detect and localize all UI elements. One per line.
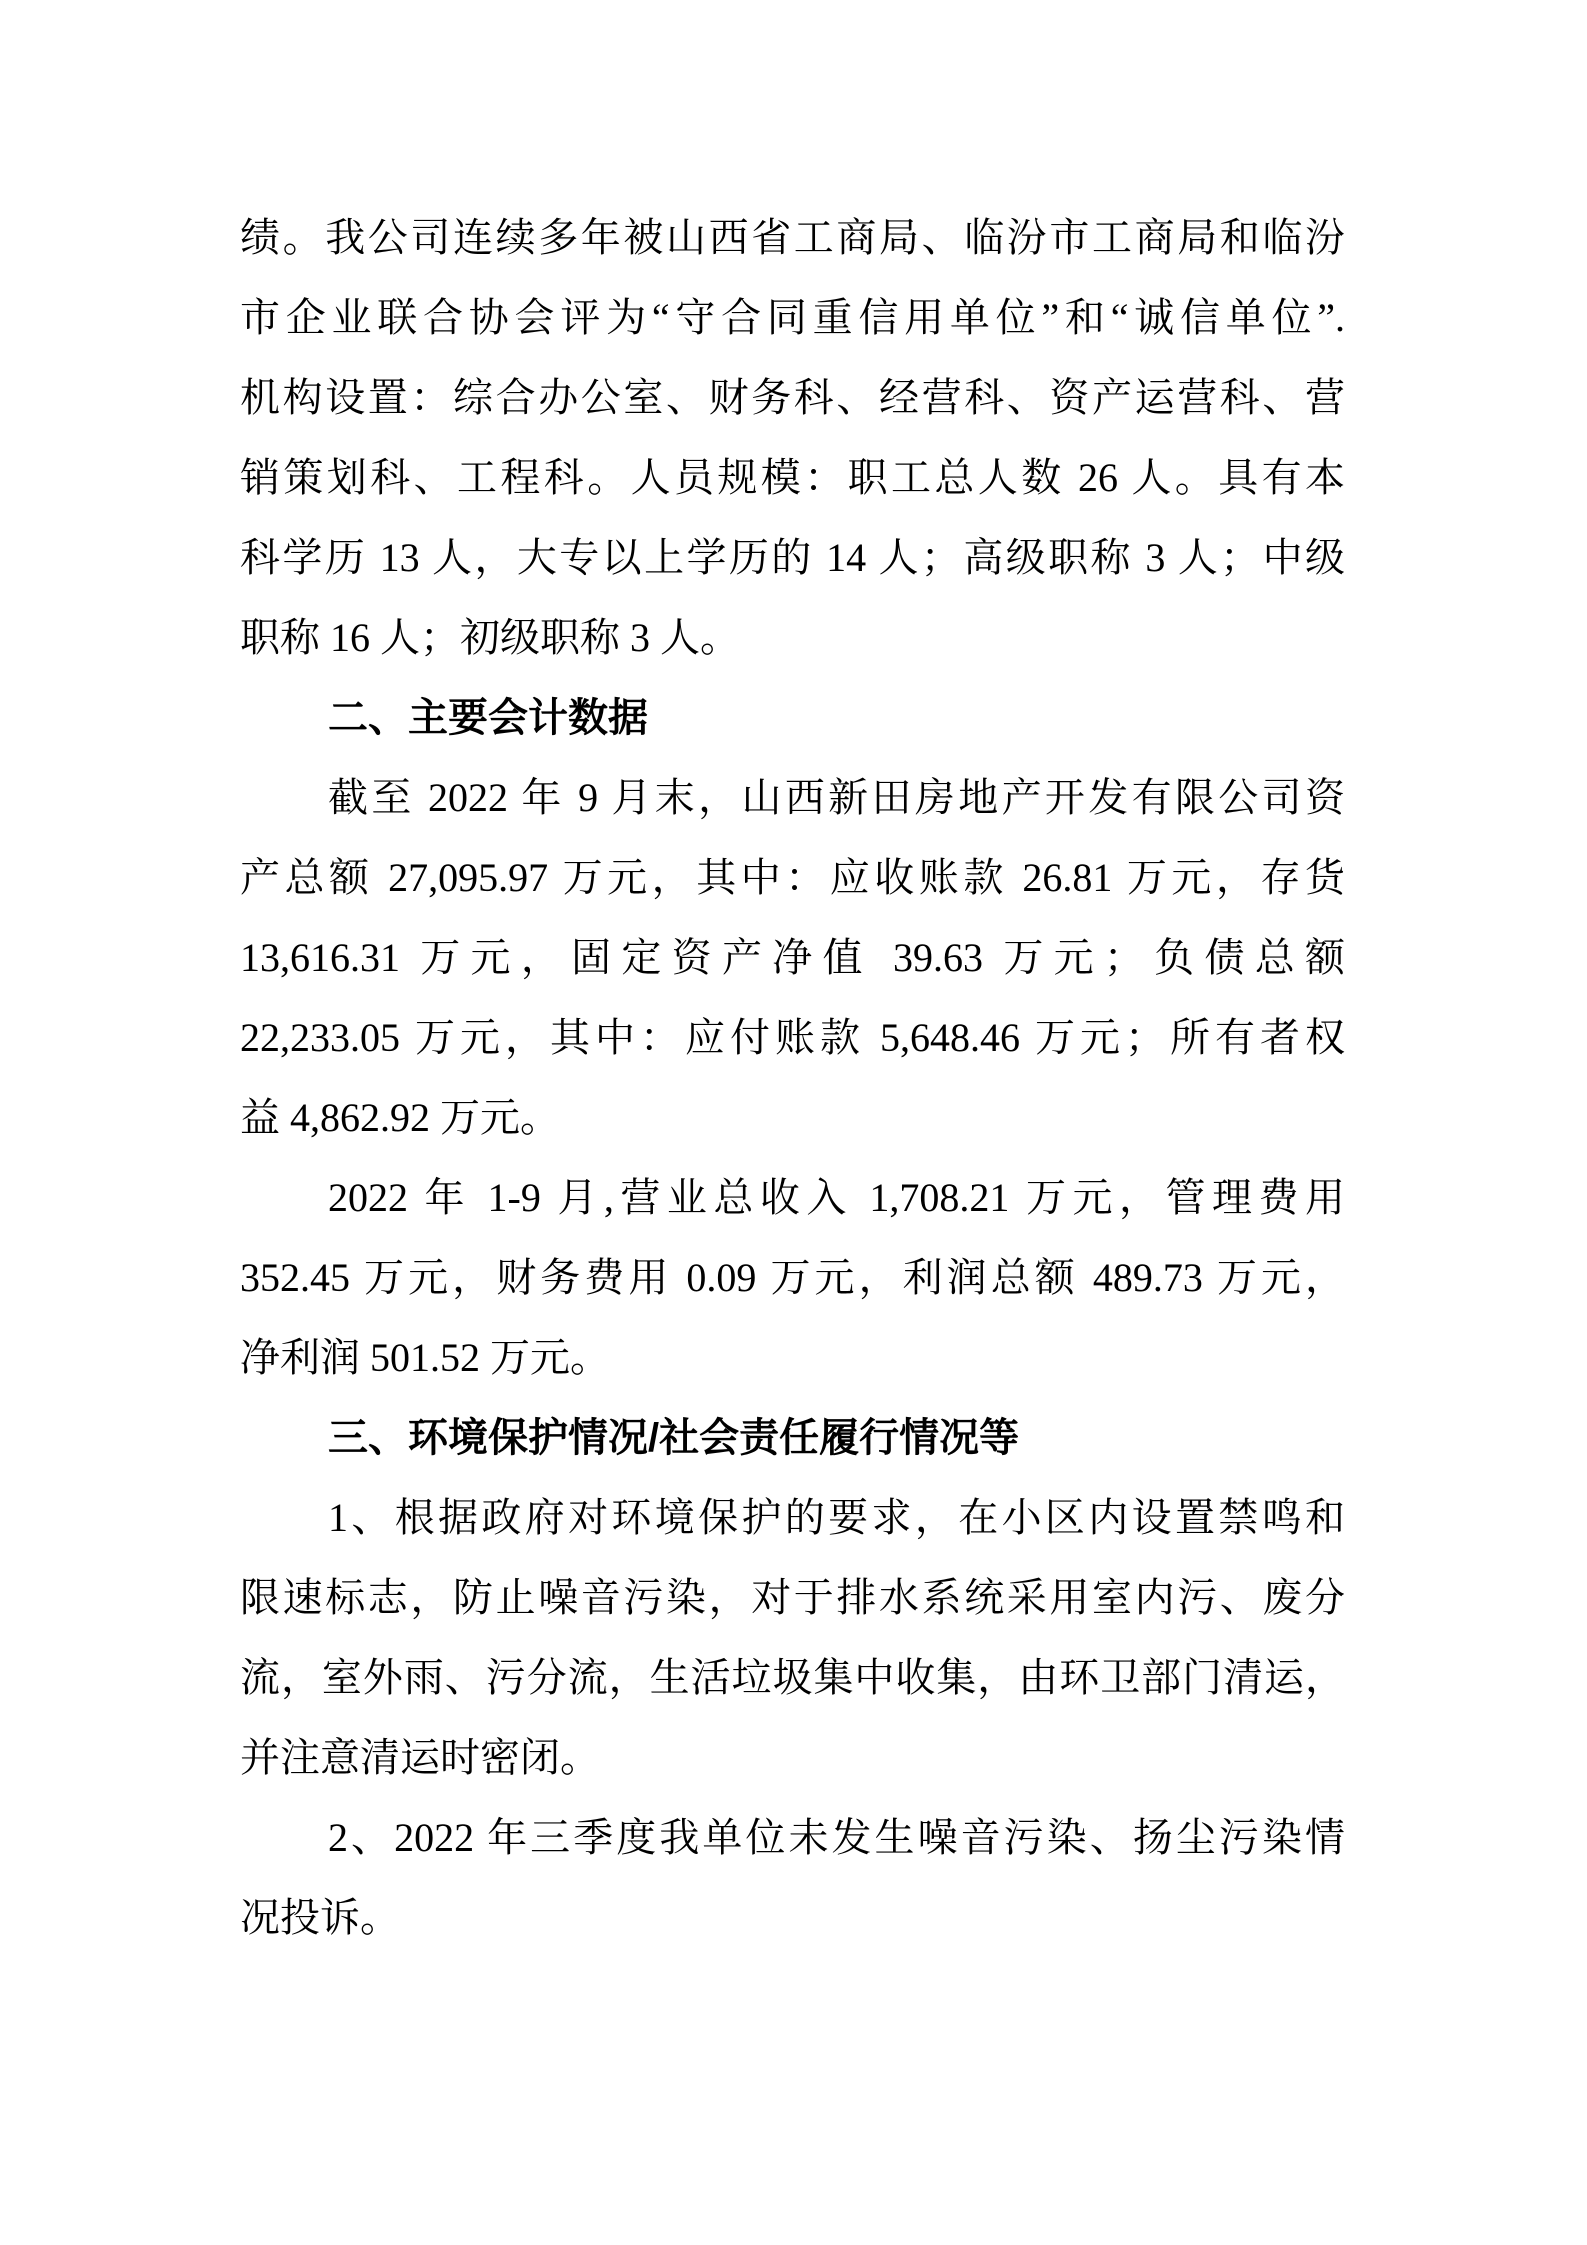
body-line: 流，室外雨、污分流，生活垃圾集中收集，由环卫部门清运，: [240, 1638, 1345, 1718]
body-line: 2、2022 年三季度我单位未发生噪音污染、扬尘污染情: [240, 1798, 1345, 1878]
body-line: 产总额 27,095.97 万元，其中：应收账款 26.81 万元，存货: [240, 838, 1345, 918]
body-line: 限速标志，防止噪音污染，对于排水系统采用室内污、废分: [240, 1558, 1345, 1638]
body-line: 净利润 501.52 万元。: [240, 1318, 1345, 1398]
body-line: 1、根据政府对环境保护的要求，在小区内设置禁鸣和: [240, 1478, 1345, 1558]
body-line: 况投诉。: [240, 1878, 1345, 1958]
body-line: 绩。我公司连续多年被山西省工商局、临汾市工商局和临汾: [240, 198, 1345, 278]
body-line: 益 4,862.92 万元。: [240, 1078, 1345, 1158]
body-line: 科学历 13 人，大专以上学历的 14 人；高级职称 3 人；中级: [240, 518, 1345, 598]
body-line: 13,616.31 万元，固定资产净值 39.63 万元；负债总额: [240, 918, 1345, 998]
body-line: 22,233.05 万元，其中：应付账款 5,648.46 万元；所有者权: [240, 998, 1345, 1078]
body-line: 职称 16 人；初级职称 3 人。: [240, 598, 1345, 678]
document-page: 绩。我公司连续多年被山西省工商局、临汾市工商局和临汾市企业联合协会评为“守合同重…: [0, 0, 1587, 2245]
section-heading: 三、环境保护情况/社会责任履行情况等: [240, 1398, 1345, 1478]
section-heading: 二、主要会计数据: [240, 678, 1345, 758]
body-line: 机构设置：综合办公室、财务科、经营科、资产运营科、营: [240, 358, 1345, 438]
document-body: 绩。我公司连续多年被山西省工商局、临汾市工商局和临汾市企业联合协会评为“守合同重…: [240, 198, 1345, 1958]
body-line: 销策划科、工程科。人员规模：职工总人数 26 人。具有本: [240, 438, 1345, 518]
body-line: 2022 年 1-9 月,营业总收入 1,708.21 万元，管理费用: [240, 1158, 1345, 1238]
body-line: 市企业联合协会评为“守合同重信用单位”和“诚信单位”.: [240, 278, 1345, 358]
body-line: 352.45 万元，财务费用 0.09 万元，利润总额 489.73 万元，: [240, 1238, 1345, 1318]
body-line: 并注意清运时密闭。: [240, 1718, 1345, 1798]
body-line: 截至 2022 年 9 月末，山西新田房地产开发有限公司资: [240, 758, 1345, 838]
